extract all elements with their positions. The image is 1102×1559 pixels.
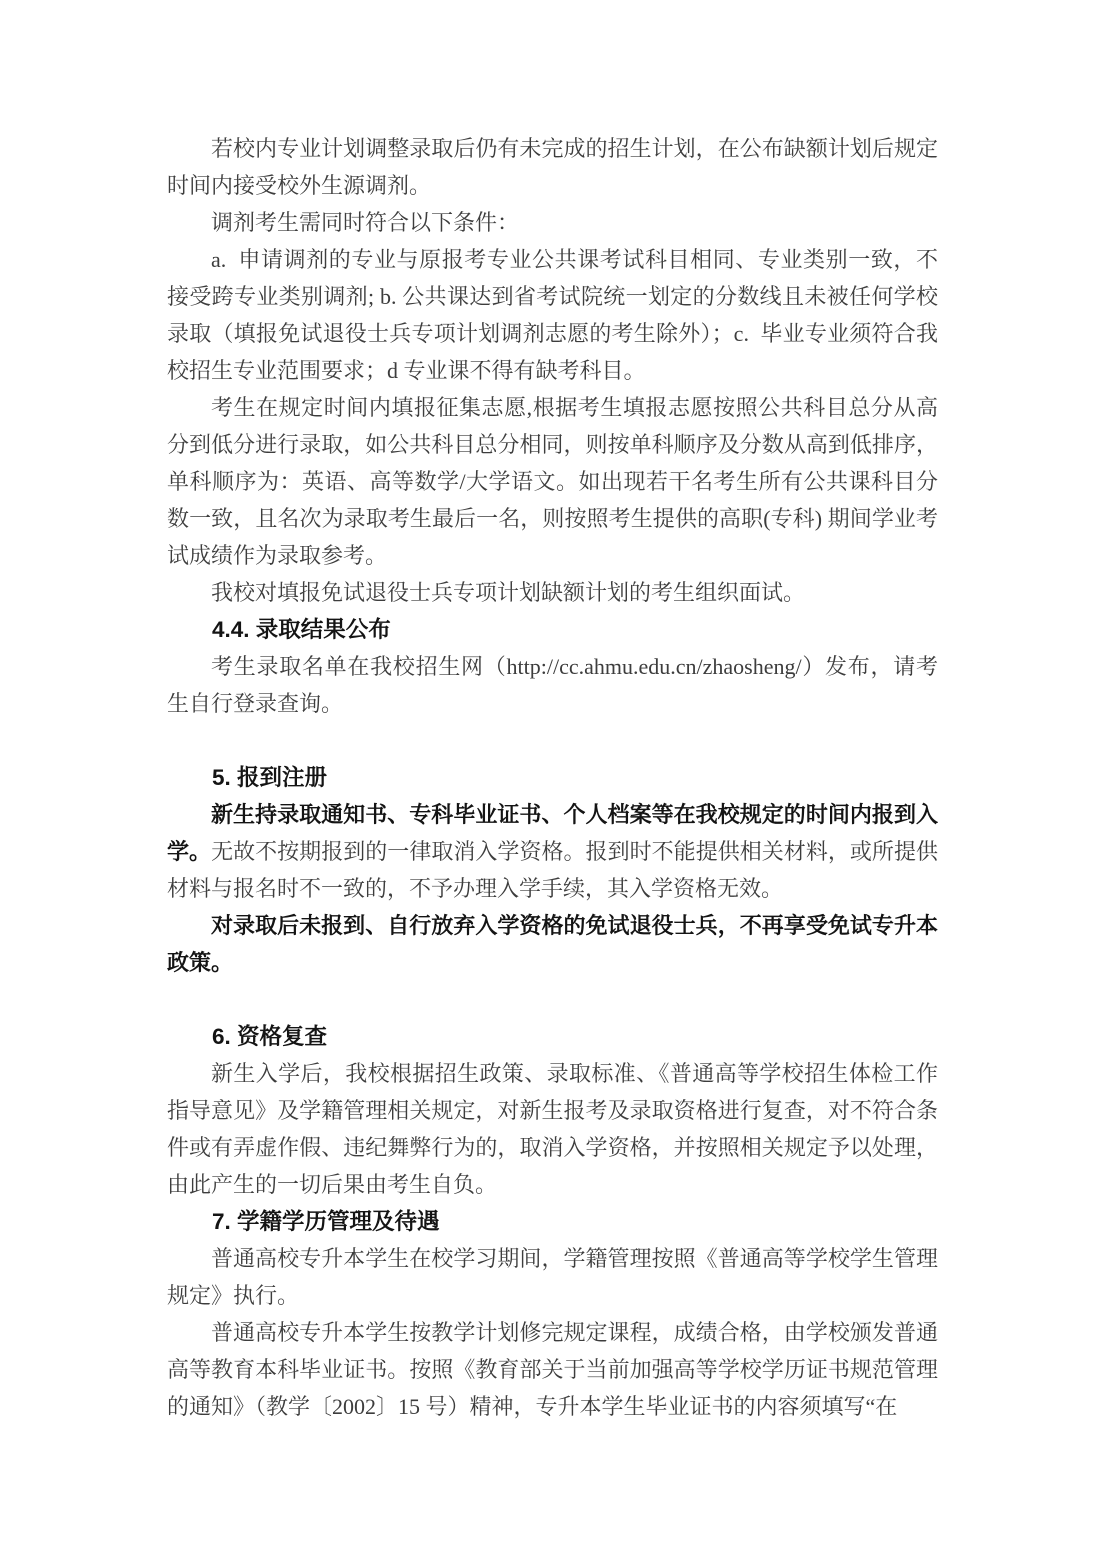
text-run: 新生入学后，我校根据招生政策、录取标准、《普通高等学校招生体检工作指导意见》及学… (167, 1061, 938, 1197)
paragraph-transfer-conditions-intro: 调剂考生需同时符合以下条件： (167, 204, 938, 241)
bold-text-run: 6. 资格复查 (212, 1024, 327, 1049)
text-run: 普通高校专升本学生在校学习期间，学籍管理按照《普通高等学校学生管理规定》执行。 (167, 1246, 938, 1308)
text-run: a. 申请调剂的专业与原报考专业公共课考试科目相同、专业类别一致，不接受跨专业类… (167, 247, 938, 383)
paragraph-supplementary-volunteer-rules: 考生在规定时间内填报征集志愿,根据考生填报志愿按照公共科目总分从高分到低分进行录… (167, 389, 938, 574)
text-run: 我校对填报免试退役士兵专项计划缺额计划的考生组织面试。 (211, 580, 805, 605)
document-content: 若校内专业计划调整录取后仍有未完成的招生计划，在公布缺额计划后规定时间内接受校外… (167, 130, 938, 1425)
paragraph-registration: 新生持录取通知书、专科毕业证书、个人档案等在我校规定的时间内报到入学。无故不按期… (167, 796, 938, 907)
paragraph-veteran-interview: 我校对填报免试退役士兵专项计划缺额计划的考生组织面试。 (167, 574, 938, 611)
heading-7-student-status: 7. 学籍学历管理及待遇 (167, 1203, 938, 1240)
bold-text-run: 5. 报到注册 (212, 765, 327, 790)
bold-text-run: 4.4. 录取结果公布 (212, 617, 391, 642)
paragraph-qualification-review: 新生入学后，我校根据招生政策、录取标准、《普通高等学校招生体检工作指导意见》及学… (167, 1055, 938, 1203)
paragraph-diploma-issuance: 普通高校专升本学生按教学计划修完规定课程，成绩合格，由学校颁发普通高等教育本科毕… (167, 1314, 938, 1425)
document-page: 若校内专业计划调整录取后仍有未完成的招生计划，在公布缺额计划后规定时间内接受校外… (0, 0, 1102, 1559)
paragraph-student-status-management: 普通高校专升本学生在校学习期间，学籍管理按照《普通高等学校学生管理规定》执行。 (167, 1240, 938, 1314)
paragraph-transfer-conditions: a. 申请调剂的专业与原报考专业公共课考试科目相同、专业类别一致，不接受跨专业类… (167, 241, 938, 389)
heading-6-qualification-review: 6. 资格复查 (167, 1018, 938, 1055)
paragraph-internal-plan-adjustment: 若校内专业计划调整录取后仍有未完成的招生计划，在公布缺额计划后规定时间内接受校外… (167, 130, 938, 204)
text-run: 若校内专业计划调整录取后仍有未完成的招生计划，在公布缺额计划后规定时间内接受校外… (167, 136, 938, 198)
heading-4-4-admission-results: 4.4. 录取结果公布 (167, 611, 938, 648)
text-run: 考生在规定时间内填报征集志愿,根据考生填报志愿按照公共科目总分从高分到低分进行录… (167, 395, 938, 568)
bold-text-run: 对录取后未报到、自行放弃入学资格的免试退役士兵，不再享受免试专升本政策。 (167, 913, 938, 975)
paragraph-admission-results: 考生录取名单在我校招生网（http://cc.ahmu.edu.cn/zhaos… (167, 648, 938, 722)
text-run: 调剂考生需同时符合以下条件： (211, 210, 519, 235)
heading-5-registration: 5. 报到注册 (167, 759, 938, 796)
text-run: 无故不按期报到的一律取消入学资格。报到时不能提供相关材料，或所提供材料与报名时不… (167, 839, 938, 901)
paragraph-forfeit-policy: 对录取后未报到、自行放弃入学资格的免试退役士兵，不再享受免试专升本政策。 (167, 907, 938, 981)
text-run: 考生录取名单在我校招生网（http://cc.ahmu.edu.cn/zhaos… (167, 654, 938, 716)
bold-text-run: 7. 学籍学历管理及待遇 (212, 1209, 440, 1234)
text-run: 普通高校专升本学生按教学计划修完规定课程，成绩合格，由学校颁发普通高等教育本科毕… (167, 1320, 938, 1419)
